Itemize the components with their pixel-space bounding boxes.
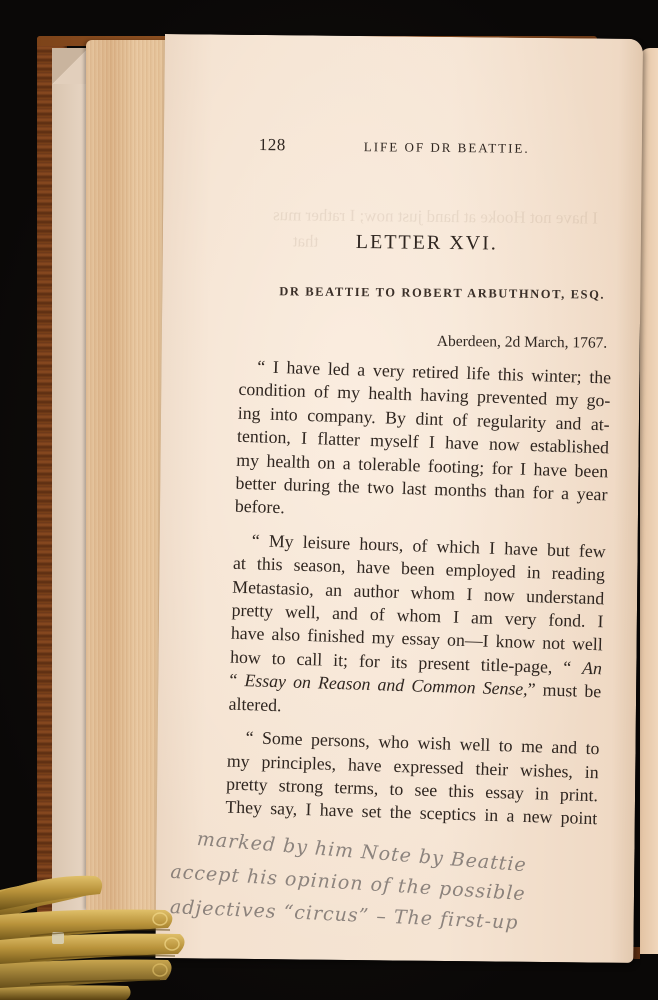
brass-hand-bookholder [0,870,190,1000]
letter-address: DR BEATTIE TO ROBERT ARBUTHNOT, ESQ. [279,284,605,302]
book-page: I have not Hooke at hand just now; I rat… [155,34,643,963]
pencil-annotation-line: adjectives “circus” – The first-up [169,896,518,934]
running-title: LIFE OF DR BEATTIE. [364,139,530,157]
page-number: 128 [259,135,286,155]
adjacent-page-edge [640,48,658,954]
italic-title-fragment: An [582,658,602,679]
text-fragment: ” must be [527,679,601,701]
letter-body: “ I have led a very retired life this wi… [225,355,612,841]
paragraph: “ Some persons, who wish well to me and … [225,726,600,831]
show-through-text-line: I have not Hooke at hand just now; I rat… [273,205,598,228]
endpaper-fold [52,48,88,84]
letter-heading: LETTER XVI. [163,229,641,257]
text-fragment: “ [229,670,245,690]
letter-dateline: Aberdeen, 2d March, 1767. [437,333,608,353]
endpaper [52,48,88,928]
book-photo-scene: I have not Hooke at hand just now; I rat… [0,0,658,1000]
paragraph: “ My leisure hours, of which I have but … [228,529,606,728]
running-head: 128 LIFE OF DR BEATTIE. [259,135,619,159]
paragraph: “ I have led a very retired life this wi… [234,355,611,530]
